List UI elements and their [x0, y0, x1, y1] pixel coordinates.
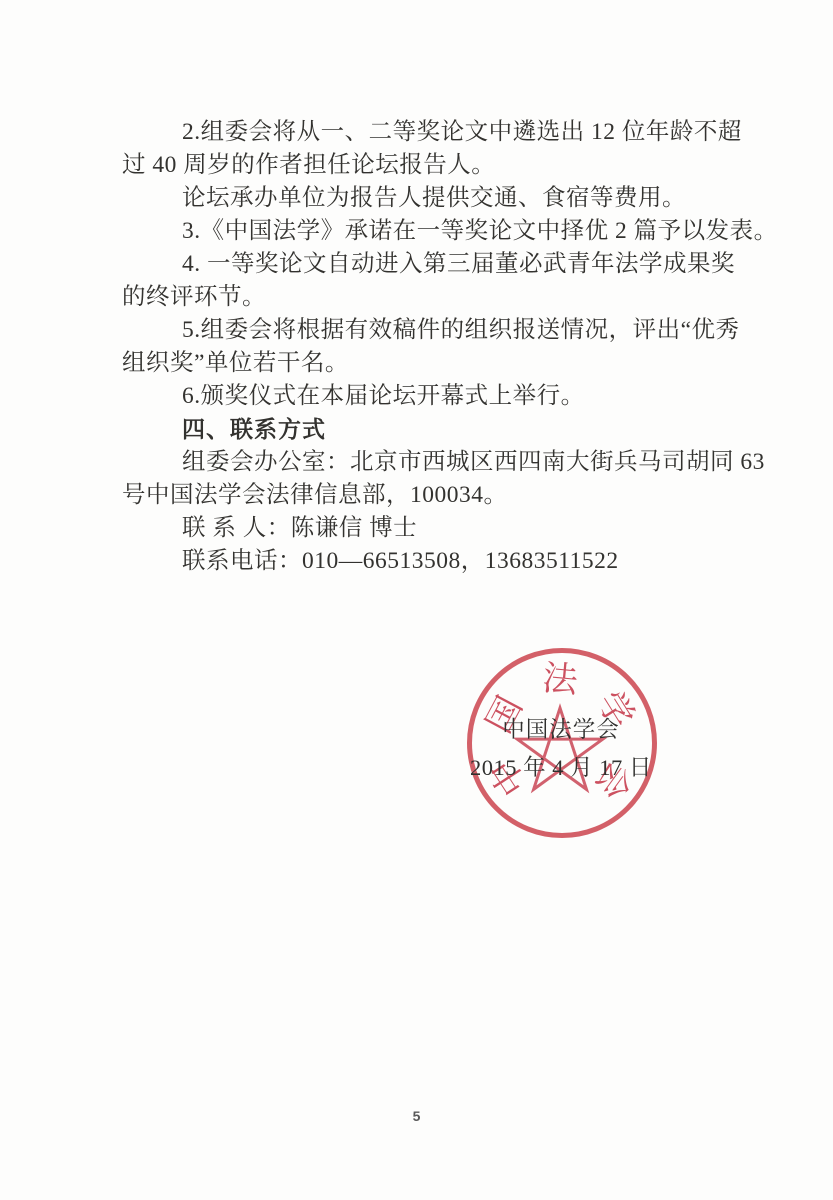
section-heading-contact: 四、联系方式 — [122, 413, 748, 446]
seal-date: 2015 年 4 月 17 日 — [470, 749, 652, 787]
text-line: 组织奖”单位若干名。 — [122, 347, 748, 380]
seal-ring-character: 法 — [538, 658, 581, 701]
text-line-office-address: 组委会办公室：北京市西城区西四南大街兵马司胡同 63 — [122, 446, 748, 479]
text-line: 2.组委会将从一、二等奖论文中遴选出 12 位年龄不超 — [122, 116, 748, 149]
page-number: 5 — [0, 1108, 833, 1124]
signature-block: 中国法学会 2015 年 4 月 17 日 — [470, 711, 652, 786]
text-line: 的终评环节。 — [122, 281, 748, 314]
scanned-document-page: 2.组委会将从一、二等奖论文中遴选出 12 位年龄不超 过 40 周岁的作者担任… — [0, 0, 833, 1200]
text-line: 3.《中国法学》承诺在一等奖论文中择优 2 篇予以发表。 — [122, 215, 748, 248]
text-line-office-address: 号中国法学会法律信息部，100034。 — [122, 479, 748, 512]
text-line: 过 40 周岁的作者担任论坛报告人。 — [122, 149, 748, 182]
text-line-contact-phone: 联系电话：010—66513508，13683511522 — [122, 545, 748, 578]
text-line: 4. 一等奖论文自动进入第三届董必武青年法学成果奖 — [122, 248, 748, 281]
text-line: 论坛承办单位为报告人提供交通、食宿等费用。 — [122, 182, 748, 215]
document-text-block: 2.组委会将从一、二等奖论文中遴选出 12 位年龄不超 过 40 周岁的作者担任… — [122, 116, 748, 578]
seal-organization: 中国法学会 — [470, 711, 652, 749]
text-line: 5.组委会将根据有效稿件的组织报送情况，评出“优秀 — [122, 314, 748, 347]
text-line: 6.颁奖仪式在本届论坛开幕式上举行。 — [122, 380, 748, 413]
text-line-contact-person: 联 系 人：陈谦信 博士 — [122, 512, 748, 545]
